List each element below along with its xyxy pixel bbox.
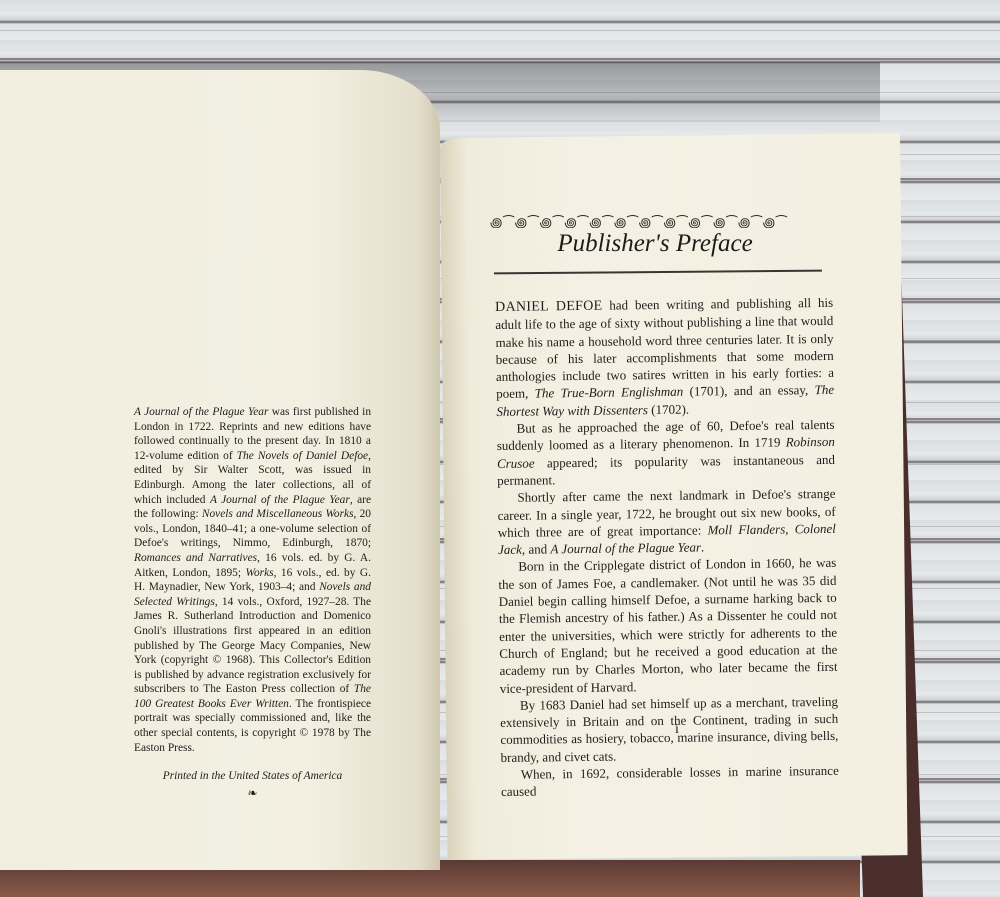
fleuron-icon: ❧ <box>134 786 371 801</box>
preface-paragraph: But as he approached the age of 60, Defo… <box>496 416 835 489</box>
colophon-run: Romances and Narratives <box>134 552 257 564</box>
decorative-border-ornament: ꩜⁀꩜⁀꩜⁀꩜⁀꩜⁀꩜⁀꩜⁀꩜⁀꩜⁀꩜⁀꩜⁀꩜⁀ <box>490 212 820 228</box>
page-title: Publisher's Preface <box>490 230 820 258</box>
preface-paragraph: Shortly after came the next landmark in … <box>497 485 836 558</box>
colophon-run: The Novels of Daniel Defoe <box>237 450 368 462</box>
preface-paragraph: By 1683 Daniel had set himself up as a m… <box>500 693 839 766</box>
colophon-run: A Journal of the Plague Year <box>134 406 268 418</box>
colophon-run: Works <box>246 567 274 579</box>
preface-paragraph: DANIEL DEFOE had been writing and publis… <box>495 294 834 420</box>
printed-in-line: Printed in the United States of America <box>134 769 371 784</box>
preface-paragraph: Born in the Cripplegate district of Lond… <box>498 554 838 696</box>
colophon-text: A Journal of the Plague Year was first p… <box>134 405 371 755</box>
page-number: i <box>675 722 679 738</box>
colophon-run: , 14 vols., Oxford, 1927–28. The James R… <box>134 596 371 696</box>
colophon-run: A Journal of the Plague Year <box>210 494 350 506</box>
preface-paragraph: When, in 1692, considerable losses in ma… <box>501 762 839 801</box>
preface-body: DANIEL DEFOE had been writing and publis… <box>495 294 839 801</box>
colophon-run: Novels and Miscellaneous Works <box>202 508 354 520</box>
colophon: A Journal of the Plague Year was first p… <box>134 405 371 800</box>
